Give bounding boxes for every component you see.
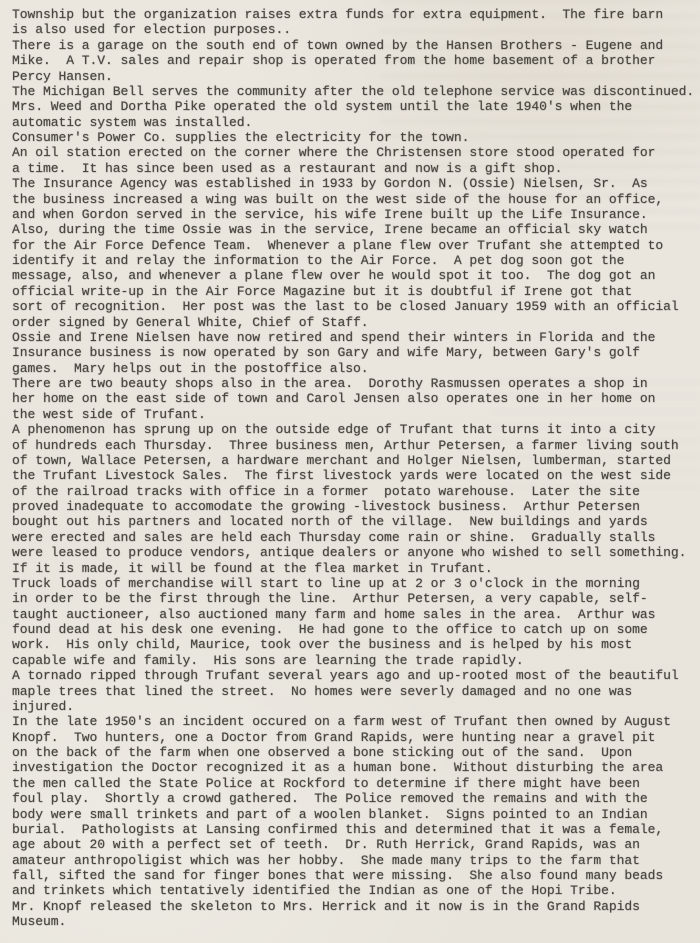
typewritten-page: Township but the organization raises ext… — [0, 0, 700, 943]
typed-text-body: Township but the organization raises ext… — [12, 7, 700, 930]
